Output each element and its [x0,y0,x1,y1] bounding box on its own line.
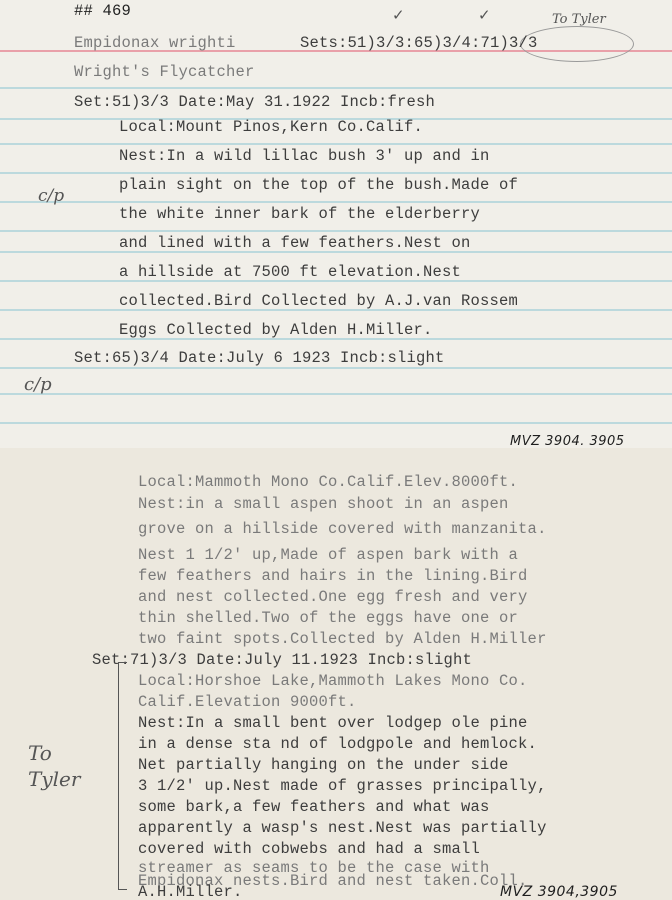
to-tyler-note: To Tyler [552,12,606,27]
set-3-line: some bark,a few feathers and what was [138,798,490,816]
set-2-line: Nest 1 1/2' up,Made of aspen bark with a [138,546,518,564]
set-1-header: Set:51)3/3 Date:May 31.1922 Incb:fresh [74,93,435,111]
set-2-line: thin shelled.Two of the eggs have one or [138,609,518,627]
cp-note: c/p [38,186,64,206]
set-3-line: apparently a wasp's nest.Nest was partia… [138,819,547,837]
ruled-line [0,422,672,424]
set-1-line: Nest:In a wild lillac bush 3' up and in [119,147,490,165]
ruled-line [0,393,672,395]
set-3-header: Set:71)3/3 Date:July 11.1923 Incb:slight [92,651,472,669]
ruled-line [0,367,672,369]
set-3-line: Net partially hanging on the under side [138,756,509,774]
set-3-line: Nest:In a small bent over lodgep ole pin… [138,714,528,732]
catalog-number: MVZ 3904. 3905 [510,434,625,449]
set-2-line: and nest collected.One egg fresh and ver… [138,588,528,606]
set-1-line: the white inner bark of the elderberry [119,205,480,223]
bracket-mark [118,662,127,890]
set-2-header: Set:65)3/4 Date:July 6 1923 Incb:slight [74,349,445,367]
set-3-line: 3 1/2' up.Nest made of grasses principal… [138,777,547,795]
set-1-line: plain sight on the top of the bush.Made … [119,176,518,194]
set-2-line: Nest:in a small aspen shoot in an aspen [138,495,509,513]
set-1-line: and lined with a few feathers.Nest on [119,234,471,252]
set-1-line: Eggs Collected by Alden H.Miller. [119,321,433,339]
common-name: Wright's Flycatcher [74,63,255,81]
set-3-line: A.H.Miller. [138,883,243,900]
ruled-line [0,201,672,203]
set-2-line: Local:Mammoth Mono Co.Calif.Elev.8000ft. [138,473,518,491]
set-2-line: few feathers and hairs in the lining.Bir… [138,567,528,585]
cp-note: c/p [24,374,52,395]
set-3-line: Local:Horshoe Lake,Mammoth Lakes Mono Co… [138,672,528,690]
ruled-line [0,143,672,145]
set-2-line: grove on a hillside covered with manzani… [138,520,547,538]
catalog-number: MVZ 3904,3905 [500,884,618,900]
check-mark-icon: ✓ [478,6,491,24]
set-1-line: collected.Bird Collected by A.J.van Ross… [119,292,518,310]
ruled-line [0,172,672,174]
scientific-name: Empidonax wrighti [74,34,236,52]
to-tyler-side-note: To Tyler [28,740,80,792]
ruled-line [0,230,672,232]
sets-summary: Sets:51)3/3:65)3/4:71)3/3 [300,34,538,52]
set-3-line: in a dense sta nd of lodgpole and hemloc… [138,735,537,753]
check-mark-icon: ✓ [392,6,405,24]
set-1-line: a hillside at 7500 ft elevation.Nest [119,263,461,281]
ruled-line [0,87,672,89]
card-number: ## 469 [74,2,131,20]
set-3-line: Calif.Elevation 9000ft. [138,693,357,711]
set-2-line: two faint spots.Collected by Alden H.Mil… [138,630,547,648]
top-card: ## 469 ✓ ✓ To Tyler Empidonax wrighti Se… [0,0,672,448]
set-3-line: covered with cobwebs and had a small [138,840,480,858]
set-1-line: Local:Mount Pinos,Kern Co.Calif. [119,118,423,136]
